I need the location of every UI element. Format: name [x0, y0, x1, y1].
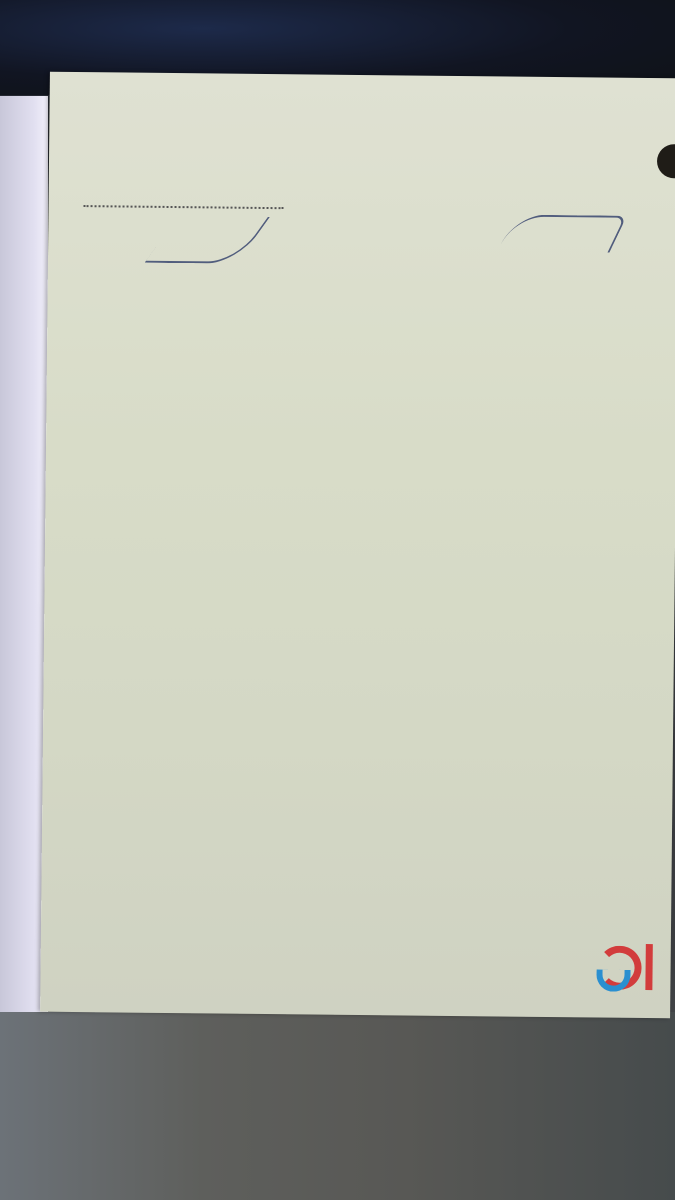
signature-supervisor — [84, 203, 284, 209]
signature-general-manager — [449, 206, 639, 208]
signer-company — [449, 206, 639, 208]
signer-name — [449, 206, 639, 208]
signer-name — [84, 203, 284, 209]
certificate-meta — [66, 902, 646, 908]
verified-intro — [69, 636, 649, 642]
certificate-document-upside-down — [40, 72, 675, 1019]
issued-line — [72, 352, 652, 358]
observaciones-text — [71, 410, 651, 416]
background-table-surface — [0, 1012, 675, 1200]
signature-scribble — [144, 216, 269, 264]
signature-scribble — [497, 215, 627, 253]
signer-role — [449, 206, 639, 208]
folio-number — [245, 114, 259, 134]
intro-text — [67, 852, 647, 858]
components-table — [68, 704, 648, 710]
company-logo-icon — [594, 939, 653, 994]
punch-hole — [657, 144, 675, 178]
certificate-paper — [40, 72, 675, 1019]
certificate-header — [52, 918, 653, 994]
vehicle-table — [67, 840, 647, 846]
